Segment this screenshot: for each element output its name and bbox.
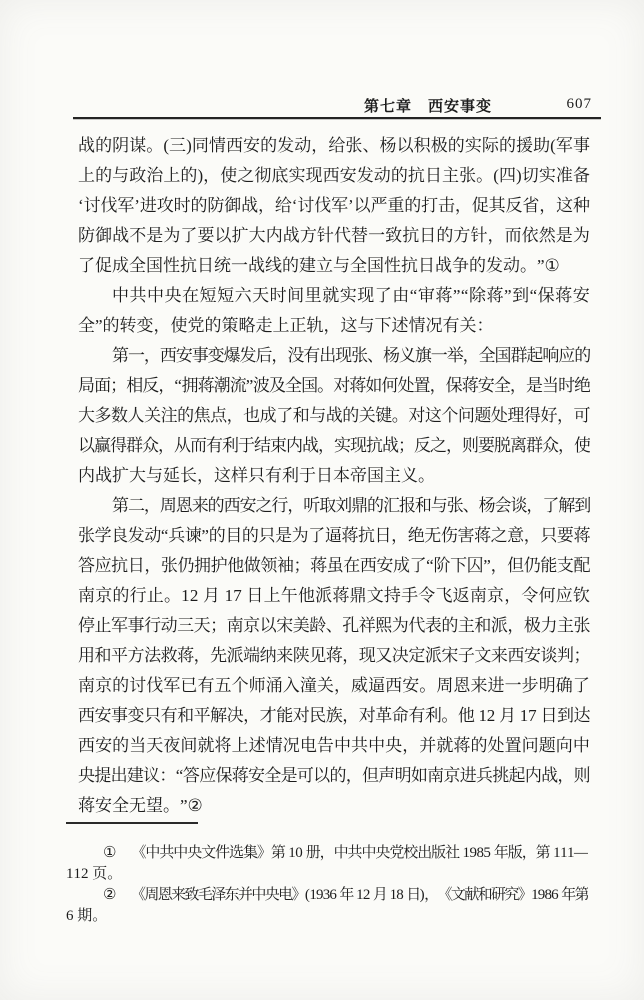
body-text-line: 张学良发动“兵谏”的目的只是为了逼蒋抗日，绝无伤害蒋之意，只要蒋 xyxy=(78,521,590,551)
page-number: 607 xyxy=(567,96,593,113)
body-text-line: 南京的讨伐军已有五个师涌入潼关，威逼西安。周恩来进一步明确了 xyxy=(78,671,590,701)
footnote-line: 6 期。 xyxy=(66,906,588,927)
footnote-separator-rule xyxy=(66,822,198,824)
body-text-line: 局面；相反，“拥蒋潮流”波及全国。对蒋如何处置，保蒋安全，是当时绝 xyxy=(78,371,590,401)
body-text-line: 以赢得群众，从而有利于结束内战，实现抗战；反之，则要脱离群众，使 xyxy=(78,431,590,461)
body-text-line: 西安事变只有和平解决，才能对民族，对革命有利。他 12 月 17 日到达 xyxy=(78,701,590,731)
body-text-line: 第一，西安事变爆发后，没有出现张、杨义旗一举，全国群起响应的 xyxy=(78,341,590,371)
footnote-line: ①《中共中央文件选集》第 10 册，中共中央党校出版社 1985 年版，第 11… xyxy=(66,843,588,864)
body-text-line: 大多数人关注的焦点，也成了和与战的关键。对这个问题处理得好，可 xyxy=(78,401,590,431)
body-text-line: 南京的行止。12 月 17 日上午他派蒋鼎文持手令飞返南京，令何应钦 xyxy=(78,581,590,611)
body-text-line: 第二，周恩来的西安之行，听取刘鼎的汇报和与张、杨会谈，了解到 xyxy=(78,491,590,521)
body-text: 战的阴谋。(三)同情西安的发动，给张、杨以积极的实际的援助(军事上的与政治上的)… xyxy=(78,131,590,821)
body-text-line: 央提出建议：“答应保蒋安全是可以的，但声明如南京进兵挑起内战，则 xyxy=(78,761,590,791)
body-text-line: 全”的转变，使党的策略走上正轨，这与下述情况有关： xyxy=(78,311,590,341)
body-text-line: 战的阴谋。(三)同情西安的发动，给张、杨以积极的实际的援助(军事 xyxy=(78,131,590,161)
body-text-line: 了促成全国性抗日统一战线的建立与全国性抗日战争的发动。”① xyxy=(78,251,590,281)
chapter-title: 第七章 西安事变 xyxy=(364,95,492,116)
footnotes: ①《中共中央文件选集》第 10 册，中共中央党校出版社 1985 年版，第 11… xyxy=(66,843,588,927)
body-text-line: 停止军事行动三天；南京以宋美龄、孔祥熙为代表的主和派，极力主张 xyxy=(78,611,590,641)
footnote-marker: ② xyxy=(103,885,115,906)
book-page: 第七章 西安事变 607 战的阴谋。(三)同情西安的发动，给张、杨以积极的实际的… xyxy=(0,0,644,1000)
body-text-line: 蒋安全无望。”② xyxy=(78,791,590,821)
body-text-line: 用和平方法救蒋，先派端纳来陕见蒋，现又决定派宋子文来西安谈判； xyxy=(78,641,590,671)
running-header: 第七章 西安事变 607 xyxy=(78,95,590,117)
footnote-line: 112 页。 xyxy=(66,864,588,885)
footnote-marker: ① xyxy=(103,843,115,864)
body-text-line: 西安的当天夜间就将上述情况电告中共中央，并就蒋的处置问题向中 xyxy=(78,731,590,761)
body-text-line: 上的与政治上的)，使之彻底实现西安发动的抗日主张。(四)切实准备 xyxy=(78,161,590,191)
body-text-line: 内战扩大与延长，这样只有利于日本帝国主义。 xyxy=(78,461,590,491)
body-text-line: 中共中央在短短六天时间里就实现了由“审蒋”“除蒋”到“保蒋安 xyxy=(78,281,590,311)
body-text-line: 防御战不是为了要以扩大内战方针代替一致抗日的方针，而依然是为 xyxy=(78,221,590,251)
body-text-line: ‘讨伐军’进攻时的防御战，给‘讨伐军’以严重的打击，促其反省，这种 xyxy=(78,191,590,221)
header-rule xyxy=(73,117,601,119)
footnote-line: ②《周恩来致毛泽东并中央电》(1936 年 12 月 18 日)，《文献和研究》… xyxy=(66,885,588,906)
body-text-line: 答应抗日，张仍拥护他做领袖；蒋虽在西安成了“阶下囚”，但仍能支配 xyxy=(78,551,590,581)
